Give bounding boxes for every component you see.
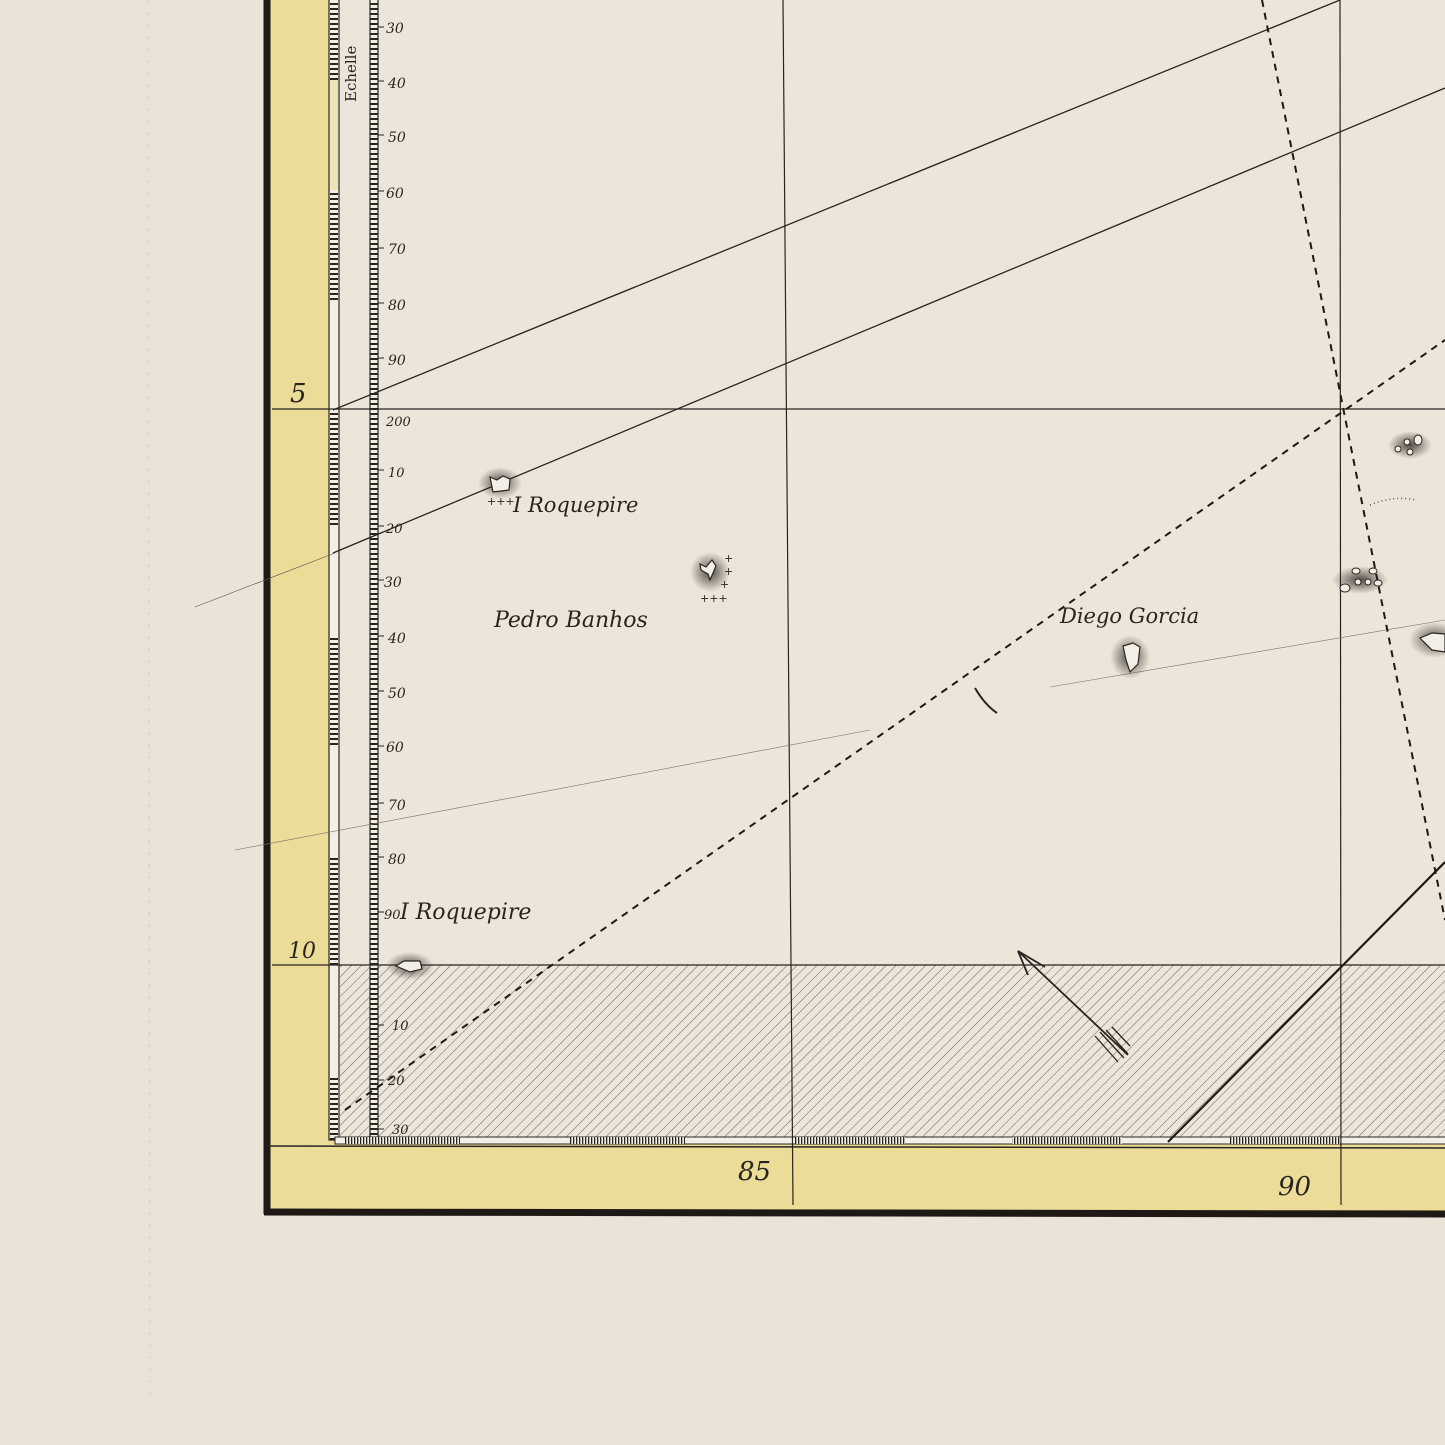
tick-label: 20 [385, 522, 403, 537]
svg-text:+: + [724, 552, 733, 565]
tick-label: 40 [387, 631, 406, 647]
scale-bar [370, 0, 378, 1140]
tick-label: 40 [387, 76, 406, 92]
svg-text:+++: +++ [700, 592, 728, 605]
place-label-roquepire-north: I Roquepire [512, 493, 638, 517]
tick-label: 80 [388, 852, 406, 868]
place-label-pedro-banhos: Pedro Banhos [493, 608, 648, 633]
antique-map: 30 40 50 60 70 80 90 200 10 20 30 40 50 … [0, 0, 1445, 1445]
tick-label: 10 [392, 1019, 409, 1034]
place-label-roquepire-south: I Roquepire [399, 900, 531, 925]
hatched-zone [340, 965, 1445, 1140]
tick-label: 90 [388, 353, 406, 369]
svg-text:+++: +++ [487, 495, 515, 508]
longitude-label-90: 90 [1278, 1172, 1311, 1202]
tick-label: 60 [386, 740, 404, 756]
tick-label: 30 [386, 21, 404, 37]
tick-label: 70 [388, 242, 406, 258]
outer-frame-bottom [264, 1212, 1445, 1214]
tick-label: 90 [384, 908, 401, 923]
longitude-label-85: 85 [738, 1157, 771, 1187]
latitude-label-5: 5 [290, 379, 307, 409]
island-diego-garcia [1110, 635, 1150, 679]
tick-label: 80 [388, 298, 406, 314]
tick-label: 50 [388, 130, 406, 146]
svg-text:+: + [724, 565, 733, 578]
tick-label: 30 [384, 575, 402, 591]
tick-label: 60 [386, 186, 404, 202]
latitude-label-10: 10 [288, 939, 316, 964]
tick-label: 30 [392, 1123, 409, 1138]
tick-label: 10 [388, 466, 405, 481]
tick-label: 70 [388, 798, 406, 814]
tick-label: 50 [388, 686, 406, 702]
svg-text:+: + [720, 578, 729, 591]
tick-label: 20 [387, 1074, 405, 1089]
island-roquepire-south [386, 952, 434, 980]
tick-label: 200 [385, 415, 411, 430]
place-label-diego-garcia: Diego Gorcia [1059, 604, 1199, 628]
scale-title: Echelle [342, 46, 360, 102]
